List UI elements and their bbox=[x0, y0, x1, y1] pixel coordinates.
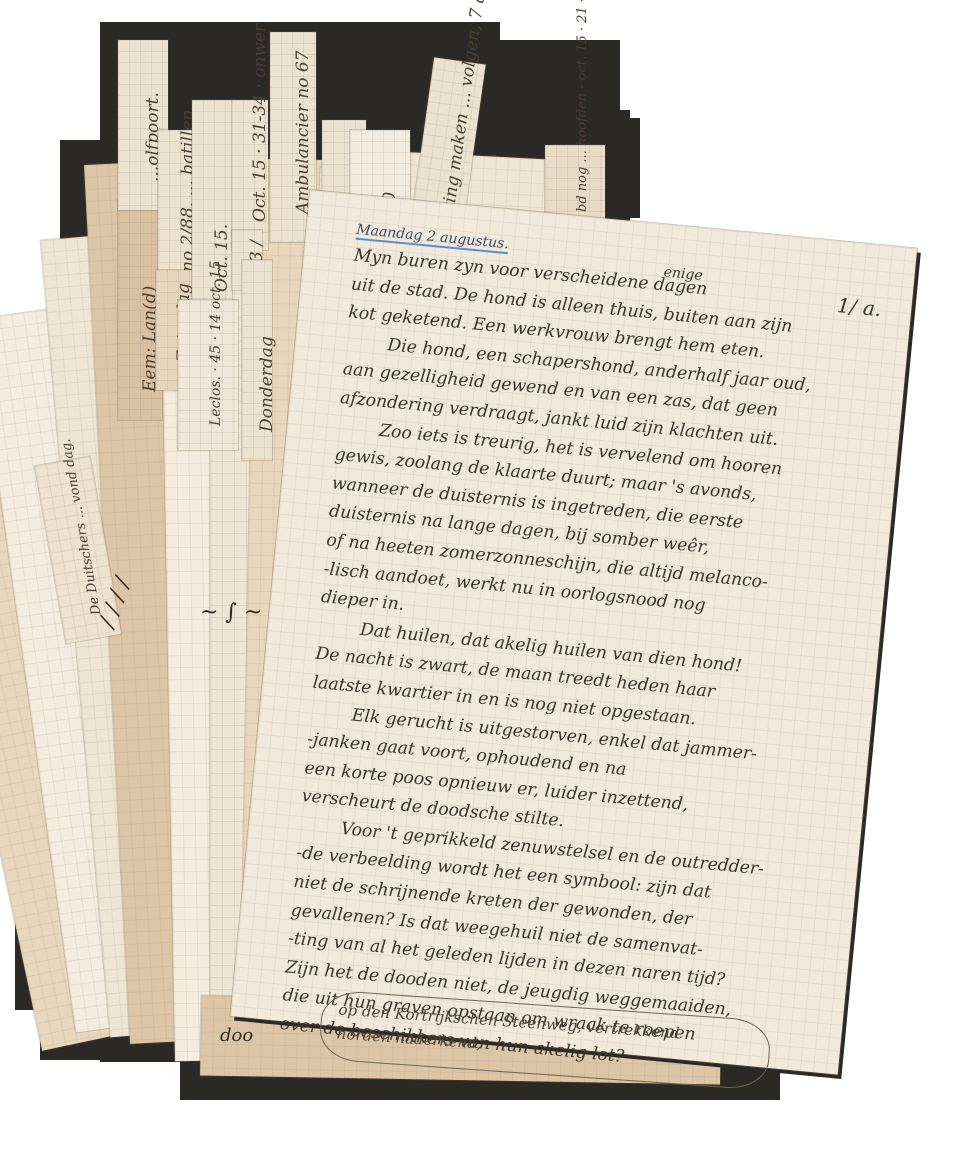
ink-scribble: doo bbox=[220, 1025, 253, 1046]
index-tab: Oct. 15 · 31-34 · onwer bbox=[232, 100, 268, 250]
tab-label: 3 / bbox=[247, 240, 267, 262]
tab-label: Leclos. · 45 · 14 oct. 15 bbox=[208, 261, 224, 426]
index-tab: Leclos. · 45 · 14 oct. 15 bbox=[178, 300, 238, 450]
tab-label: Oct. 15 · 31-34 · onwer bbox=[250, 24, 270, 222]
tab-label: bd nog ... hoofden · oct. 15 · 21 · oct. bbox=[575, 0, 590, 212]
front-manuscript-page: Maandag 2 augustus. enige 1/ a. Myn bure… bbox=[230, 190, 917, 1075]
tab-label: Donderdag bbox=[257, 336, 277, 432]
page-number-mark: 1/ a. bbox=[836, 293, 882, 321]
manuscript-stack-photo: Eem: Lan(d) ...olfpoort. no 2/88. ... ba… bbox=[0, 0, 960, 1151]
ink-scribble: ~ ∫ ~ bbox=[200, 600, 262, 625]
index-tab: Donderdag bbox=[242, 260, 272, 460]
